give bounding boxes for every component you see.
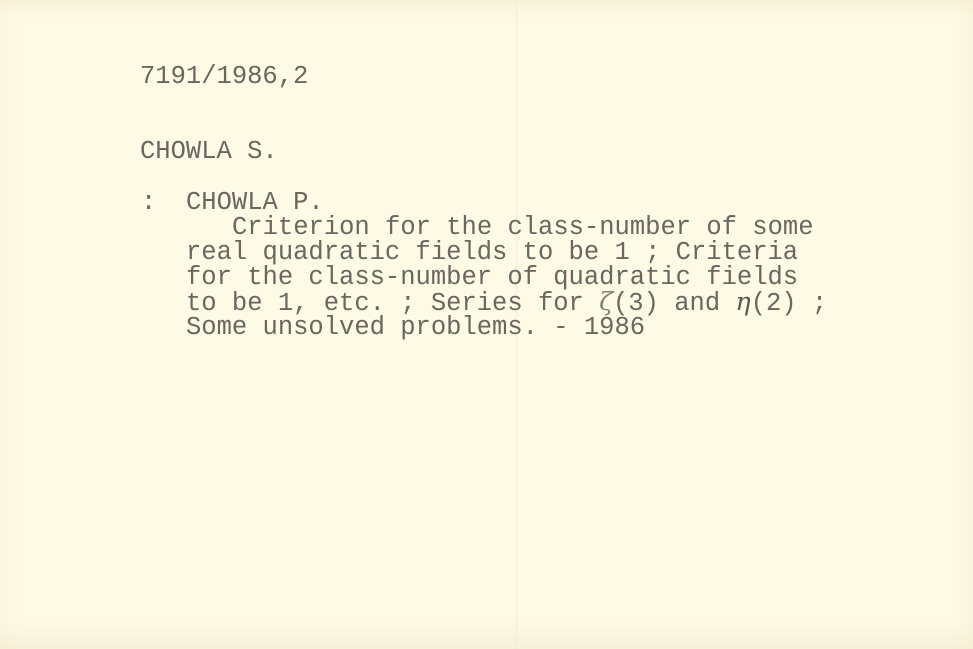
coauthor-name: CHOWLA P. [186, 190, 324, 215]
author-name: CHOWLA S. [140, 139, 278, 164]
coauthor-prefix: : [141, 190, 156, 215]
handwritten-eta-symbol: η [735, 287, 750, 317]
title-line-2: real quadratic fields to be 1 ; Criteria [186, 240, 827, 265]
index-card: 7191/1986,2 CHOWLA S. : CHOWLA P. Criter… [0, 0, 973, 649]
accession-number: 7191/1986,2 [140, 64, 308, 89]
title-line-4: to be 1, etc. ; Series for ζ(3) and η(2)… [186, 290, 827, 315]
eta-argument: (2) ; [751, 289, 828, 318]
title-line-1: Criterion for the class-number of some [186, 215, 827, 240]
title-line-5: Some unsolved problems. - 1986 [186, 315, 827, 340]
title-block: Criterion for the class-number of some r… [186, 215, 827, 340]
title-line-3: for the class-number of quadratic fields [186, 265, 827, 290]
